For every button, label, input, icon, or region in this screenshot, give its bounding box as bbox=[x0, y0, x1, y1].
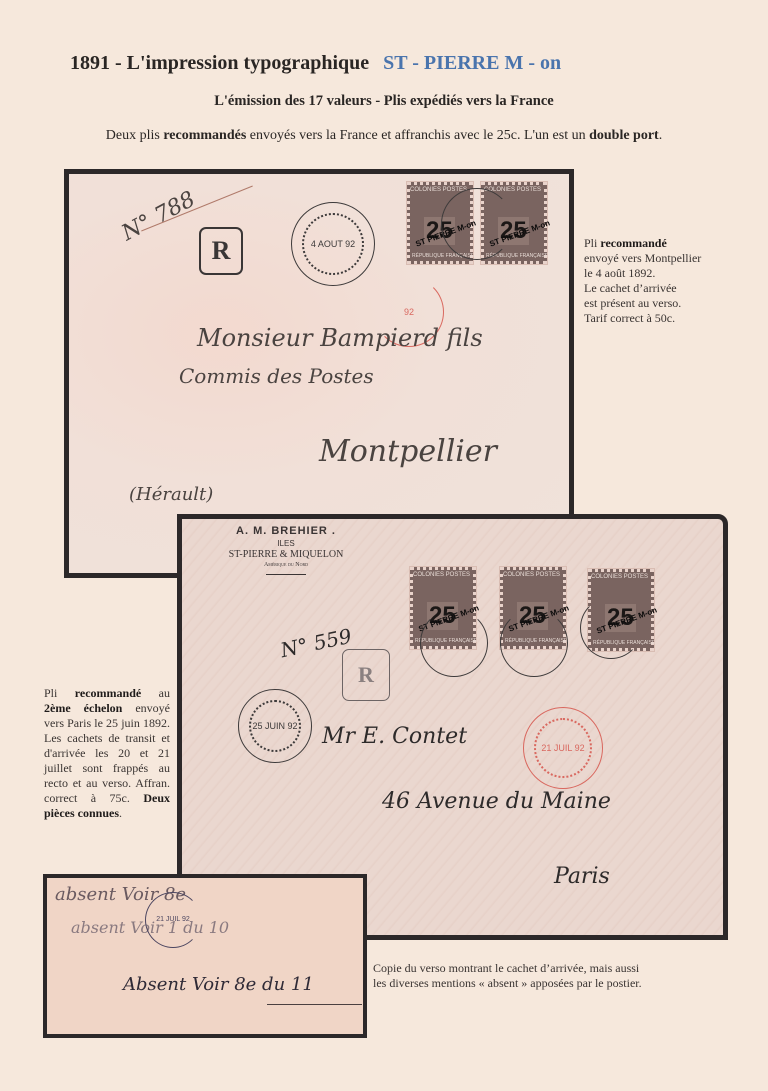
address-line: Commis des Postes bbox=[179, 364, 374, 388]
origin-cancel: 4 AOUT 92 bbox=[291, 202, 375, 286]
paris-arrival-cancel: 21 JUIL 92 bbox=[145, 892, 201, 948]
stamp-cancel bbox=[420, 609, 488, 677]
stamp-cancel bbox=[441, 188, 513, 260]
origin-cancel: 25 JUIN 92 bbox=[238, 689, 312, 763]
caption-cover2: Pli recommandé au 2ème échelon envoyé ve… bbox=[44, 686, 170, 821]
arrival-cancel-red: 21 JUIL 92 bbox=[523, 707, 603, 789]
address-line: Paris bbox=[554, 864, 610, 889]
caption-verso: Copie du verso montrant le cachet d’arri… bbox=[373, 961, 713, 991]
address-line: 46 Avenue du Maine bbox=[382, 789, 611, 814]
stamp-cancel bbox=[500, 609, 568, 677]
pen-line bbox=[267, 1004, 362, 1005]
title-accent: ST - PIERRE M - on bbox=[383, 52, 561, 74]
stamp-cancel bbox=[580, 597, 642, 659]
registration-number: N° 788 bbox=[118, 187, 200, 246]
registered-box: R bbox=[199, 227, 243, 275]
address-line: (Hérault) bbox=[129, 484, 213, 505]
address-line: Montpellier bbox=[319, 434, 497, 469]
address-line: Mr E. Contet bbox=[322, 724, 467, 749]
caption-cover1: Pli recommandé envoyé vers Montpellier l… bbox=[584, 236, 754, 326]
title-main: 1891 - L'impression typographique bbox=[70, 52, 369, 74]
page-subtitle: L'émission des 17 valeurs - Plis expédié… bbox=[0, 93, 768, 110]
absent-note: Absent Voir 8e du 11 bbox=[123, 974, 314, 995]
cover-verso: absent Voir 8e absent Voir 1 du 10 Absen… bbox=[43, 874, 367, 1038]
page-title: 1891 - L'impression typographiqueST - PI… bbox=[70, 52, 561, 75]
address-line: Monsieur Bampierd fils bbox=[197, 324, 483, 352]
letterhead: A. M. BREHIER . ILES ST-PIERRE & MIQUELO… bbox=[196, 525, 376, 575]
registered-box: R bbox=[342, 649, 390, 701]
intro-text: Deux plis recommandés envoyés vers la Fr… bbox=[0, 128, 768, 144]
